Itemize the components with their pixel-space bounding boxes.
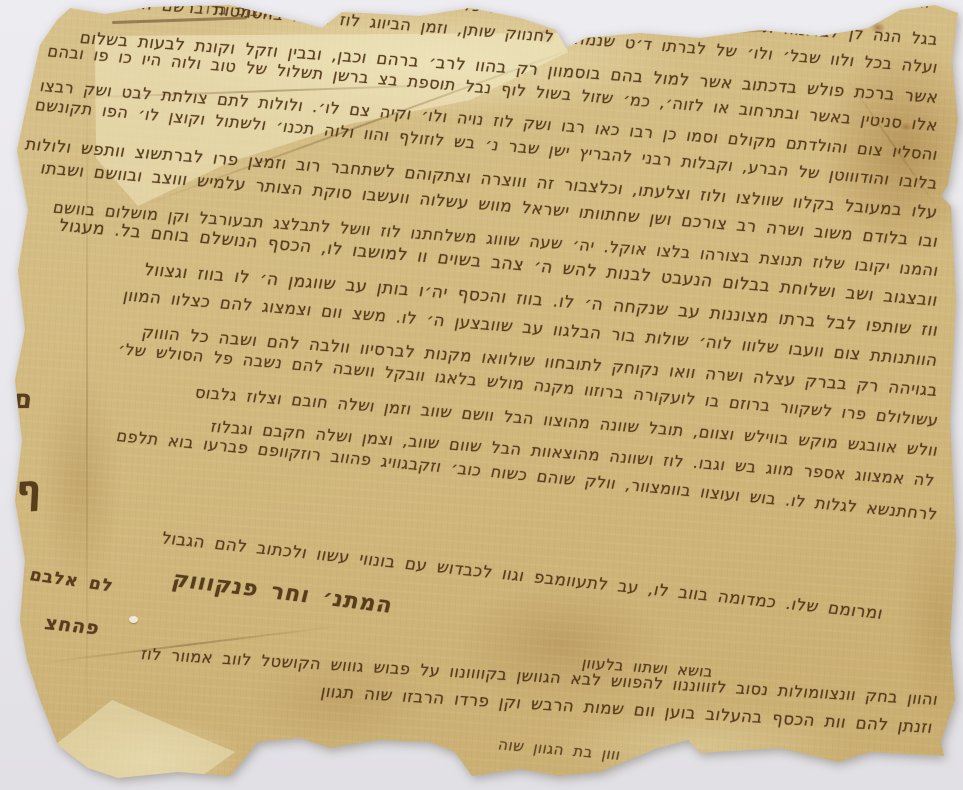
manuscript-line: ם (12, 385, 35, 415)
paper-shadow-wrap: וזה׳ בצעת יסוד צוברתם תצ׳ בצלחהותצום ברו… (0, 0, 963, 790)
manuscript-line: וזה׳ בצ (877, 0, 932, 12)
manuscript-line: ף (15, 466, 44, 512)
handwriting-layer: וזה׳ בצעת יסוד צוברתם תצ׳ בצלחהותצום ברו… (0, 0, 963, 790)
manuscript-line: לם אלבם (27, 565, 115, 596)
manuscript-line: המתנ׳ וחר פנקוווק (170, 567, 396, 618)
manuscript-paper: וזה׳ בצעת יסוד צוברתם תצ׳ בצלחהותצום ברו… (0, 0, 963, 790)
manuscript-line: עת יסוד צוברתם תצ׳ בצלחה (492, 0, 695, 26)
manuscript-line: ומרומם שלו. כמדומה בווב לו, עב לתעוומבפ … (160, 528, 885, 622)
manuscript-line: פהחצ (43, 612, 103, 639)
manuscript-line: ווון בת הגוון שוה (496, 735, 622, 763)
photographed-document: וזה׳ בצעת יסוד צוברתם תצ׳ בצלחהותצום ברו… (0, 0, 963, 790)
